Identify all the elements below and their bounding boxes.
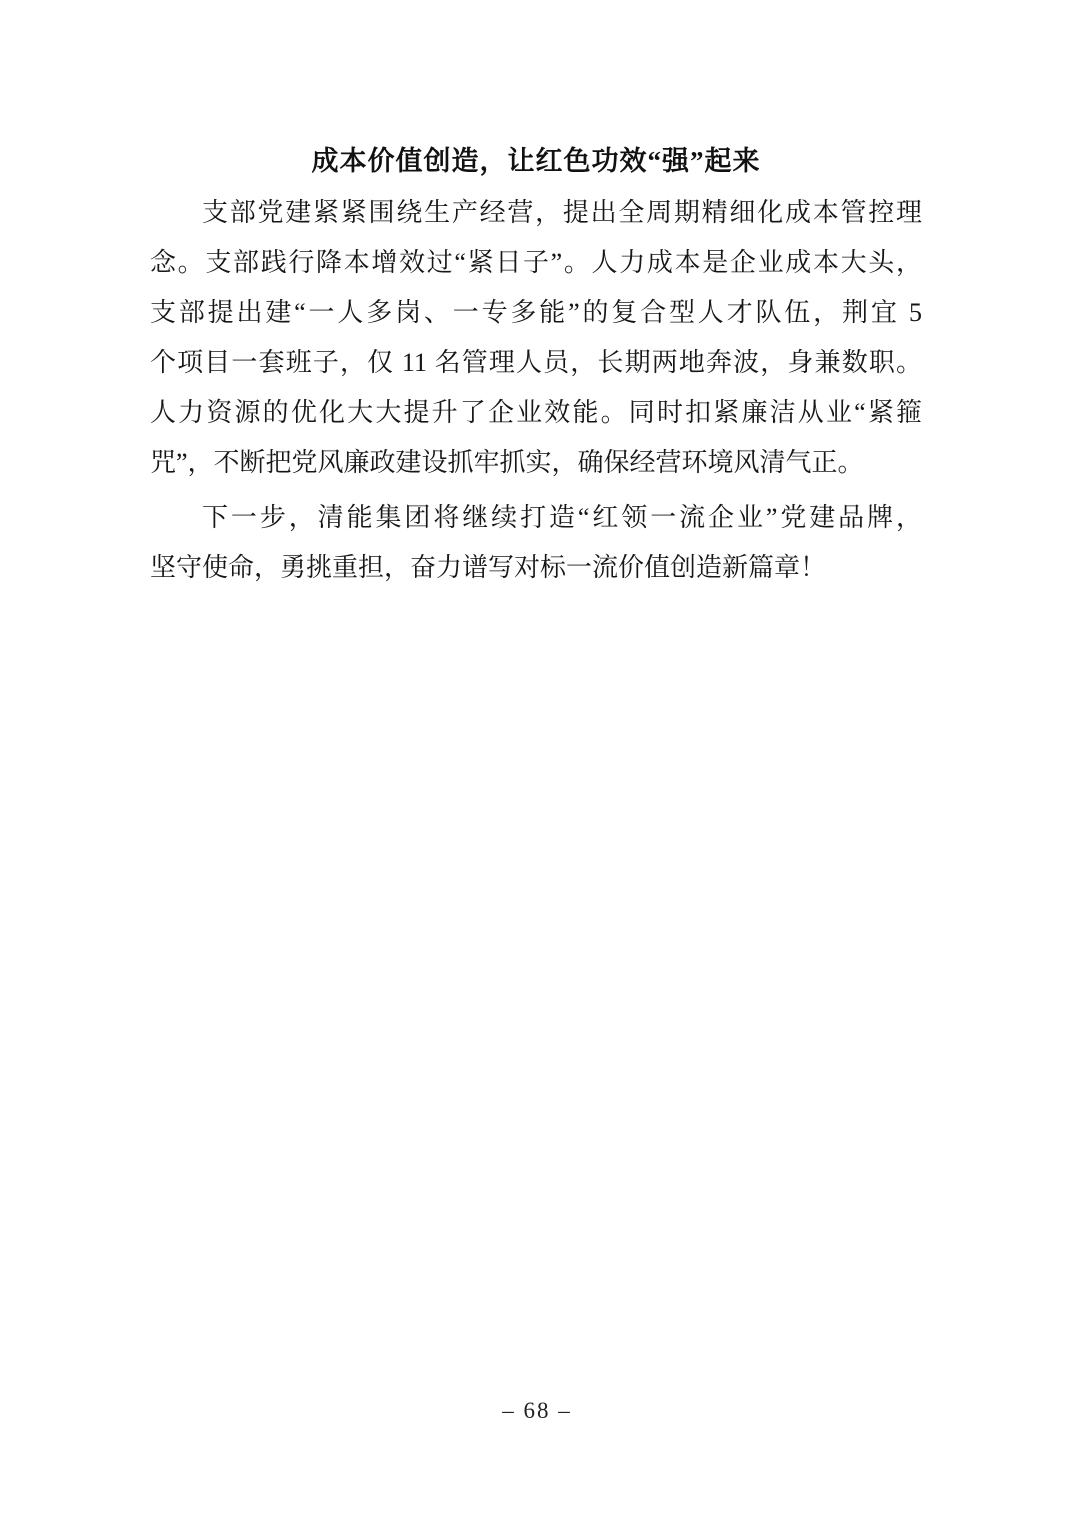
- body-line: 人力资源的优化大大提升了企业效能。同时扣紧廉洁从业“紧箍: [150, 388, 922, 438]
- body-line: 个项目一套班子，仅 11 名管理人员，长期两地奔波，身兼数职。: [150, 338, 922, 388]
- body-line: 支部提出建“一人多岗、一专多能”的复合型人才队伍，荆宜 5: [150, 288, 922, 338]
- body-line: 下一步，清能集团将继续打造“红领一流企业”党建品牌，: [150, 493, 922, 543]
- body-line: 坚守使命，勇挑重担，奋力谱写对标一流价值创造新篇章！: [150, 543, 922, 593]
- document-body: 支部党建紧紧围绕生产经营，提出全周期精细化成本管控理念。支部践行降本增效过“紧日…: [150, 188, 922, 593]
- document-page: 成本价值创造，让红色功效“强”起来 支部党建紧紧围绕生产经营，提出全周期精细化成…: [0, 0, 1074, 1520]
- body-paragraph: 支部党建紧紧围绕生产经营，提出全周期精细化成本管控理念。支部践行降本增效过“紧日…: [150, 188, 922, 488]
- body-paragraph: 下一步，清能集团将继续打造“红领一流企业”党建品牌，坚守使命，勇挑重担，奋力谱写…: [150, 493, 922, 593]
- body-line: 念。支部践行降本增效过“紧日子”。人力成本是企业成本大头，: [150, 238, 922, 288]
- body-line: 支部党建紧紧围绕生产经营，提出全周期精细化成本管控理: [150, 188, 922, 238]
- document-title: 成本价值创造，让红色功效“强”起来: [150, 142, 922, 180]
- body-line: 咒”，不断把党风廉政建设抓牢抓实，确保经营环境风清气正。: [150, 438, 922, 488]
- page-number: – 68 –: [0, 1398, 1074, 1424]
